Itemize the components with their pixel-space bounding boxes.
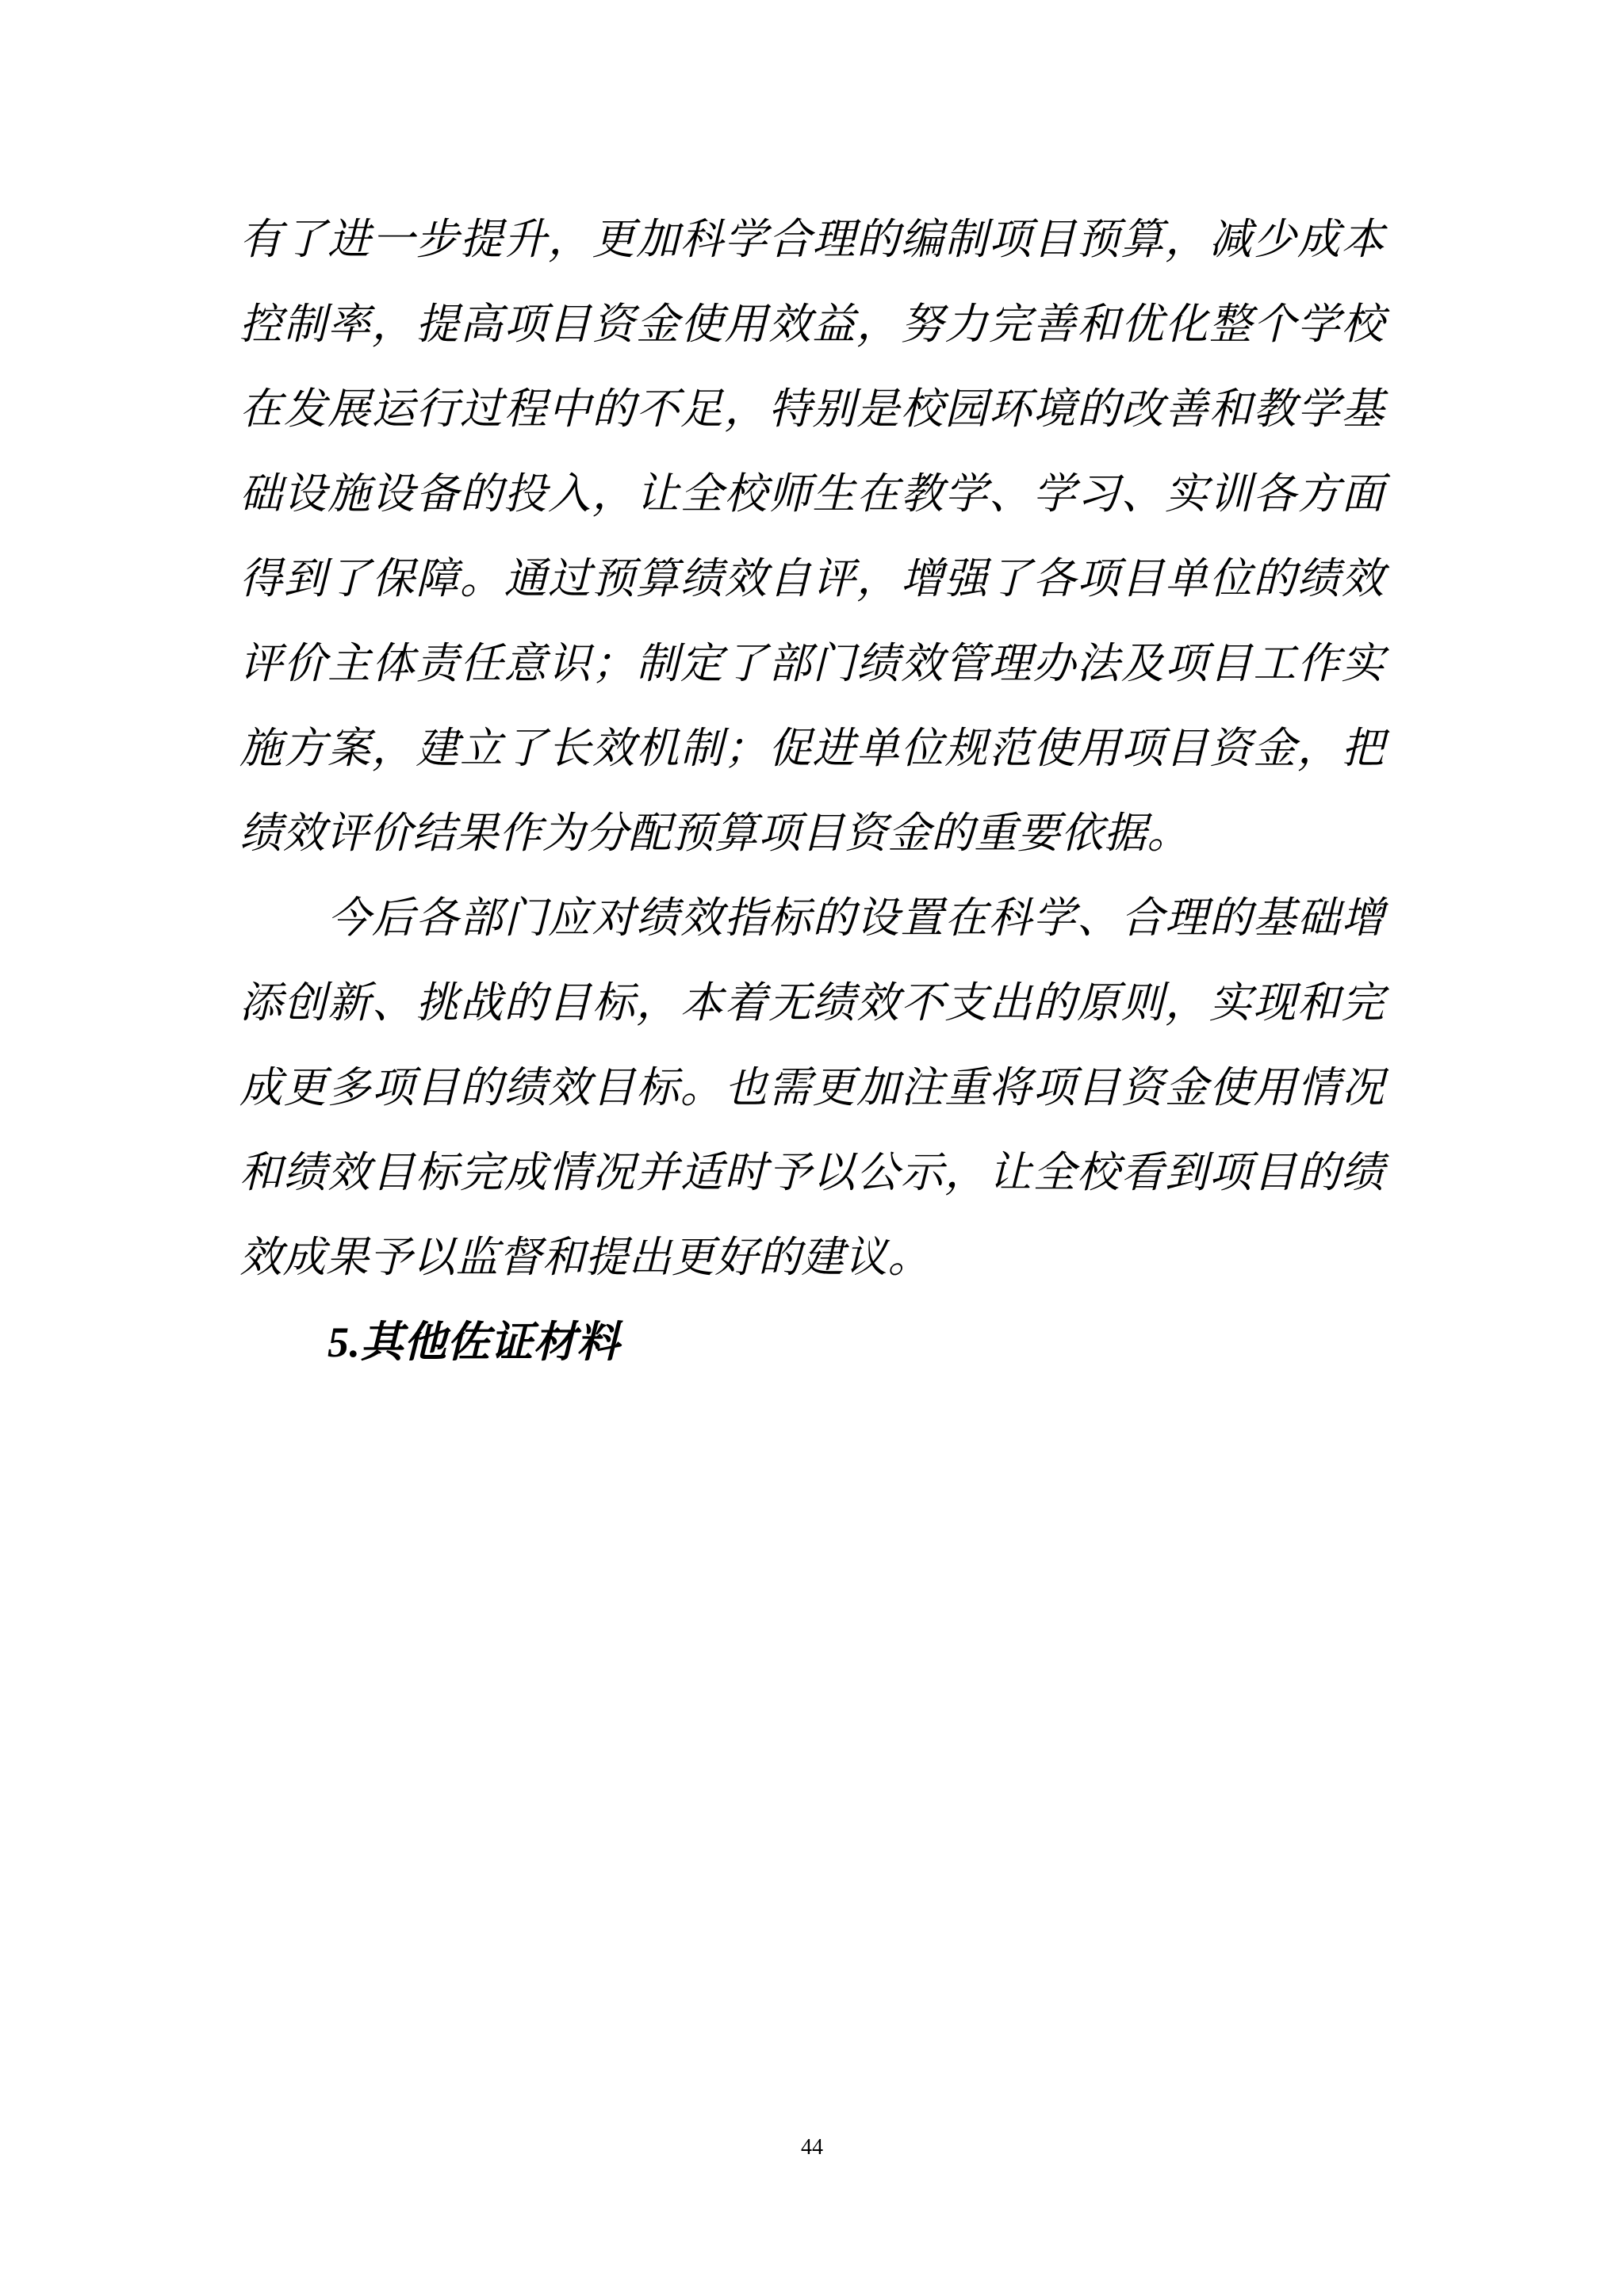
text-line: 在发展运行过程中的不足，特别是校园环境的改善和教学基: [239, 367, 1385, 452]
page-number: 44: [0, 2134, 1624, 2161]
document-page: 有了进一步提升，更加科学合理的编制项目预算，减少成本 控制率，提高项目资金使用效…: [0, 0, 1624, 2296]
text-line: 和绩效目标完成情况并适时予以公示，让全校看到项目的绩: [239, 1131, 1385, 1215]
text-line: 效成果予以监督和提出更好的建议。: [239, 1215, 1385, 1300]
text-line: 础设施设备的投入，让全校师生在教学、学习、实训各方面: [239, 452, 1385, 537]
section-heading: 5.其他佐证材料: [239, 1300, 1385, 1385]
text-line: 添创新、挑战的目标，本着无绩效不支出的原则，实现和完: [239, 961, 1385, 1046]
text-line: 评价主体责任意识；制定了部门绩效管理办法及项目工作实: [239, 622, 1385, 706]
page-body: 有了进一步提升，更加科学合理的编制项目预算，减少成本 控制率，提高项目资金使用效…: [239, 197, 1385, 1385]
text-line: 绩效评价结果作为分配预算项目资金的重要依据。: [239, 791, 1385, 876]
text-line: 有了进一步提升，更加科学合理的编制项目预算，减少成本: [239, 197, 1385, 282]
text-line: 成更多项目的绩效目标。也需更加注重将项目资金使用情况: [239, 1046, 1385, 1131]
text-line: 今后各部门应对绩效指标的设置在科学、合理的基础增: [239, 876, 1385, 961]
text-line: 控制率，提高项目资金使用效益，努力完善和优化整个学校: [239, 282, 1385, 367]
text-line: 得到了保障。通过预算绩效自评，增强了各项目单位的绩效: [239, 537, 1385, 622]
text-line: 施方案，建立了长效机制；促进单位规范使用项目资金，把: [239, 706, 1385, 791]
